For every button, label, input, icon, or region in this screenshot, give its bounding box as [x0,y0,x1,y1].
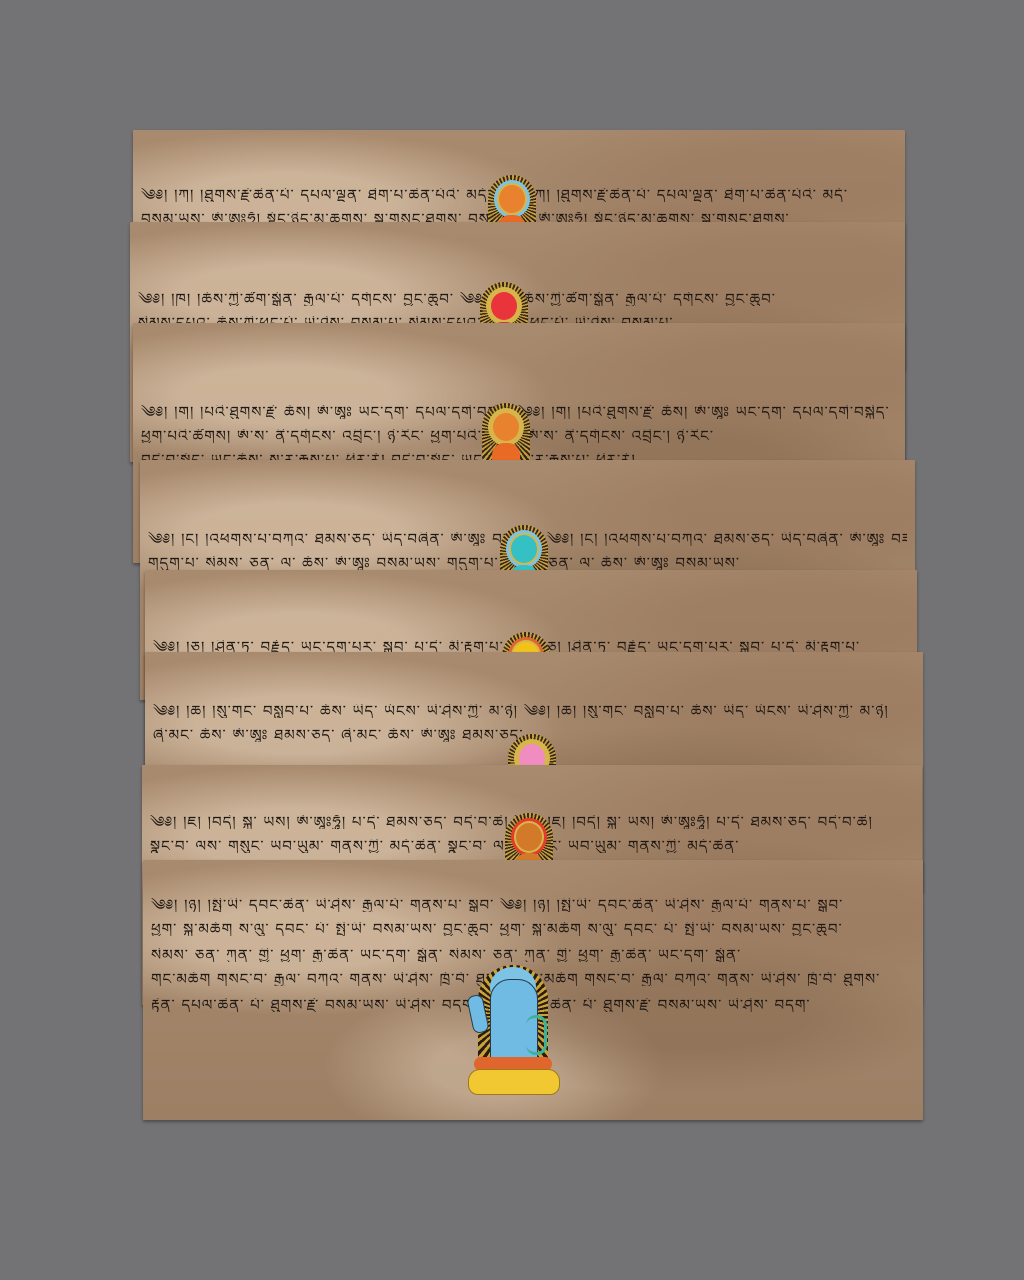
script-line: ༄༅། །ཆ། །སུ་གང་ བསླབ་པ་ ཆོས་ ཡིད་ ཡོངས་ … [153,704,915,718]
script-line: ༄༅། །ཉ། །སྤྱི་ཡི་ དབང་ཆེན་ ཡེ་ཤེས་ རྒྱལ་… [151,898,915,912]
script-line: སེམས་ ཅན་ ཀུན་ གྱི་ ཕྱག་ རྒྱ་ཆེན་ ཡང་དག་… [151,948,915,962]
script-line: ཕྱག་ སྐུ་མཆོག ས་ལུ་ དབང་ པོ་ སྤྱི་ཡི་ བས… [151,922,915,936]
bodhisattva-on-lotus-icon [468,965,558,1095]
manuscript-page: ༄༅། །ཉ། །སྤྱི་ཡི་ དབང་ཆེན་ ཡེ་ཤེས་ རྒྱལ་… [143,860,923,1120]
buddha-figure-icon [482,403,530,461]
